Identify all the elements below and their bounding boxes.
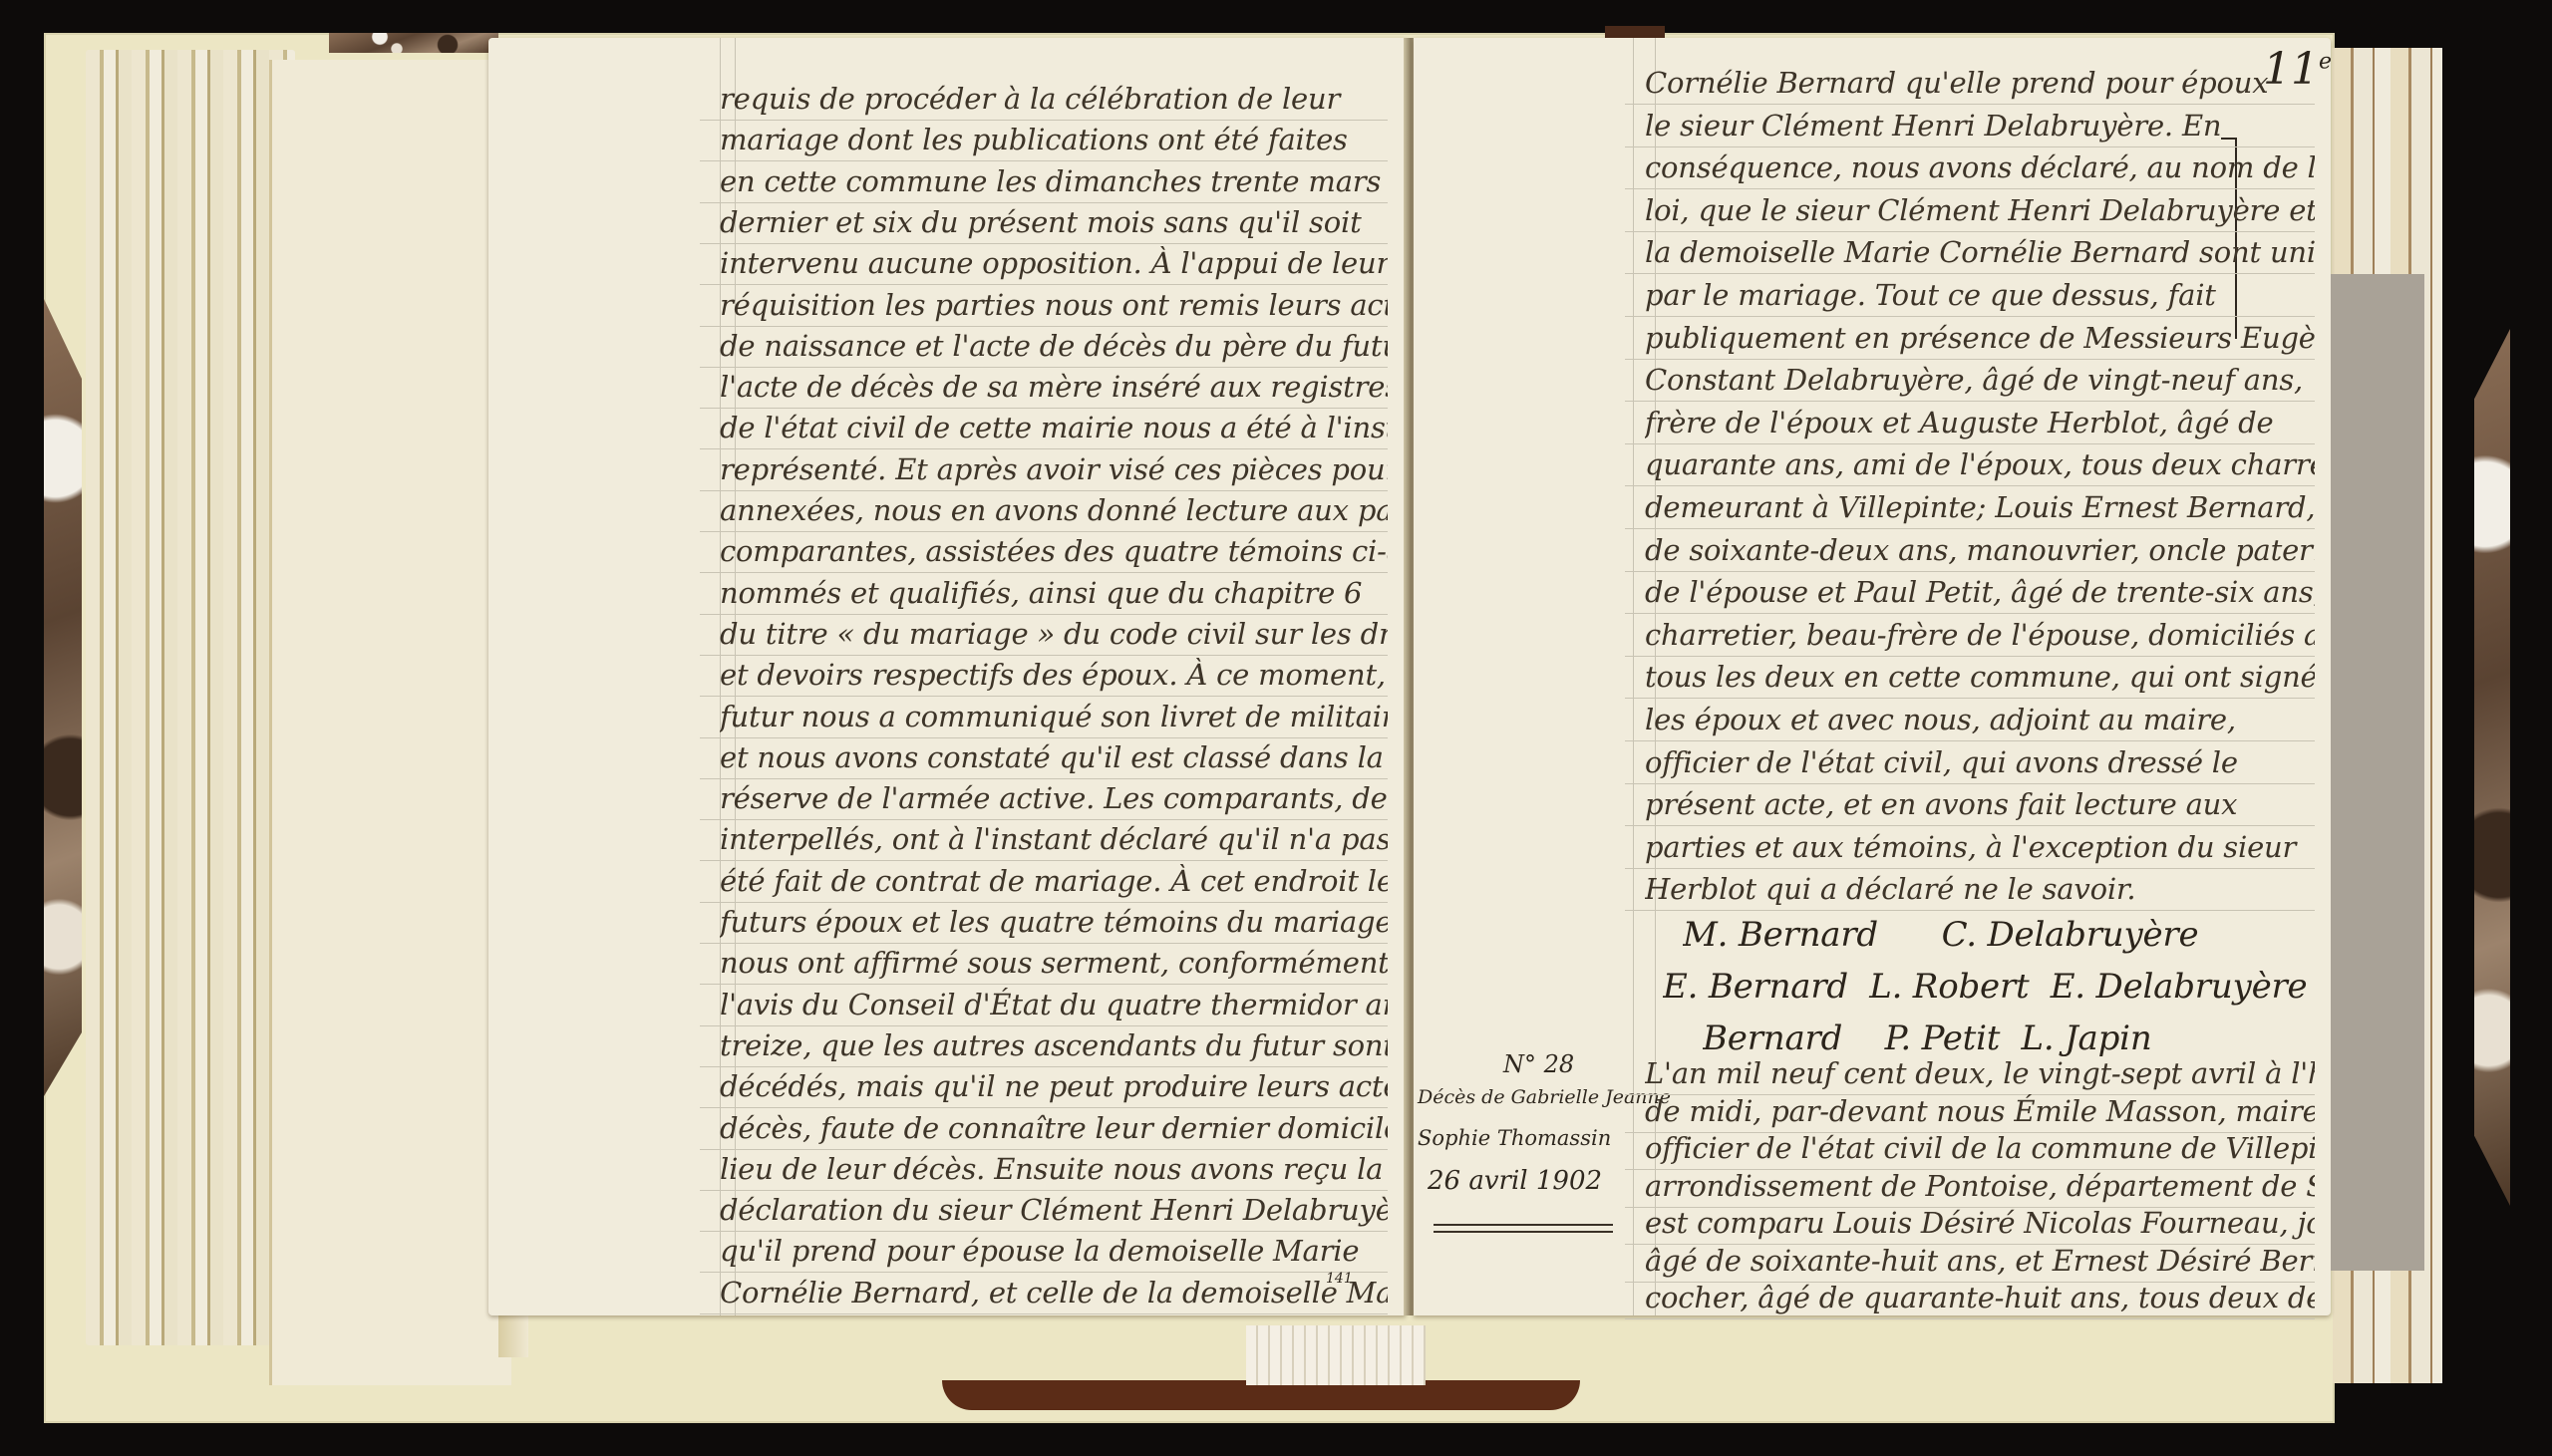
handwritten-line: le sieur Clément Henri Delabruyère. En (1645, 109, 2315, 143)
ruled-line (1625, 1318, 2315, 1319)
margin-title-line-1: Décès de Gabrielle Jeanne (1418, 1086, 1671, 1108)
ruled-line (1625, 571, 2315, 572)
register-page-right: 11e Cornélie Bernard qu'elle prend pour … (1414, 38, 2331, 1315)
ruled-line (1625, 783, 2315, 784)
handwritten-line: futur nous a communiqué son livret de mi… (720, 700, 1388, 733)
ruled-line (700, 284, 1388, 285)
handwritten-line: parties et aux témoins, à l'exception du… (1645, 830, 2315, 864)
handwritten-line: quarante ans, ami de l'époux, tous deux … (1645, 447, 2315, 481)
handwritten-line: été fait de contrat de mariage. À cet en… (720, 864, 1388, 898)
ruled-line (1625, 104, 2315, 105)
ruled-line (700, 120, 1388, 121)
ruled-line (1625, 528, 2315, 529)
ruled-line (700, 572, 1388, 573)
ruled-line (700, 1025, 1388, 1026)
handwritten-line: déclaration du sieur Clément Henri Delab… (720, 1193, 1388, 1227)
handwritten-line: âgé de soixante-huit ans, et Ernest Dési… (1645, 1244, 2315, 1278)
ruled-line (700, 326, 1388, 327)
ruled-line (700, 1313, 1388, 1314)
handwritten-line: officier de l'état civil de la commune d… (1645, 1131, 2315, 1165)
spine-gathering-edges (1246, 1325, 1426, 1385)
signature-row-3: Bernard P. Petit L. Japin (1703, 1019, 2152, 1058)
ruled-line (700, 243, 1388, 244)
margin-title-line-2: Sophie Thomassin (1418, 1126, 1611, 1150)
act-number: N° 28 (1503, 1050, 1574, 1078)
handwritten-line: mariage dont les publications ont été fa… (720, 123, 1388, 156)
handwritten-line: demeurant à Villepinte; Louis Ernest Ber… (1645, 490, 2315, 524)
ruled-line (700, 408, 1388, 409)
handwritten-line: cocher, âgé de quarante-huit ans, tous d… (1645, 1281, 2315, 1314)
ruled-line (700, 902, 1388, 903)
handwritten-line: de naissance et l'acte de décès du père … (720, 329, 1388, 363)
handwritten-line: conséquence, nous avons déclaré, au nom … (1645, 150, 2315, 184)
handwritten-line: annexées, nous en avons donné lecture au… (720, 493, 1388, 527)
handwritten-line: représenté. Et après avoir visé ces pièc… (720, 452, 1388, 486)
handwritten-line: de midi, par-devant nous Émile Masson, m… (1645, 1094, 2315, 1128)
ruled-line (700, 614, 1388, 615)
ruled-line (700, 737, 1388, 738)
ruled-line (700, 1107, 1388, 1108)
ruled-line (1625, 485, 2315, 486)
handwritten-line: du titre « du mariage » du code civil su… (720, 617, 1388, 651)
handwritten-line: publiquement en présence de Messieurs Eu… (1645, 321, 2315, 355)
ruled-line (1625, 613, 2315, 614)
ruled-line (1625, 740, 2315, 741)
ruled-line (700, 943, 1388, 944)
handwritten-line: interpellés, ont à l'instant déclaré qu'… (720, 822, 1388, 856)
ruled-line (1625, 359, 2315, 360)
handwritten-line: l'acte de décès de sa mère inséré aux re… (720, 370, 1388, 404)
page-edges-left-stack (86, 50, 295, 1345)
blank-leaf-left (269, 60, 511, 1385)
handwritten-line: de l'état civil de cette mairie nous a é… (720, 411, 1388, 444)
handwritten-line: réquisition les parties nous ont remis l… (720, 288, 1388, 322)
ruled-line (700, 984, 1388, 985)
ruled-line (700, 448, 1388, 449)
marbled-cover-edge-right (2474, 329, 2510, 1206)
handwritten-line: charretier, beau-frère de l'épouse, domi… (1645, 618, 2315, 652)
marbled-cover-edge-left (44, 299, 82, 1096)
handwritten-line: lieu de leur décès. Ensuite nous avons r… (720, 1152, 1388, 1186)
handwritten-line: présent acte, et en avons fait lecture a… (1645, 787, 2315, 821)
signature-row-2: E. Bernard L. Robert E. Delabruyère (1663, 967, 2307, 1007)
handwritten-line: intervenu aucune opposition. À l'appui d… (720, 246, 1388, 280)
handwritten-line: la demoiselle Marie Cornélie Bernard son… (1645, 235, 2315, 269)
ruled-line (1625, 316, 2315, 317)
ruled-line (700, 160, 1388, 161)
ruled-line (700, 860, 1388, 861)
ruled-line (700, 1231, 1388, 1232)
handwritten-line: nous ont affirmé sous serment, conformém… (720, 946, 1388, 980)
handwritten-line: l'avis du Conseil d'État du quatre therm… (720, 988, 1388, 1021)
register-page-left: requis de procéder à la célébration de l… (488, 38, 1406, 1315)
handwritten-line: officier de l'état civil, qui avons dres… (1645, 745, 2315, 779)
ruled-line (700, 1149, 1388, 1150)
handwritten-line: Constant Delabruyère, âgé de vingt-neuf … (1645, 363, 2315, 397)
handwritten-line: arrondissement de Pontoise, département … (1645, 1169, 2315, 1203)
interlinear-note: 141 (1326, 1271, 1353, 1287)
handwritten-line: les époux et avec nous, adjoint au maire… (1645, 703, 2315, 736)
handwritten-line: L'an mil neuf cent deux, le vingt-sept a… (1645, 1056, 2315, 1090)
handwritten-line: réserve de l'armée active. Les comparant… (720, 781, 1388, 815)
ruled-line (1625, 910, 2315, 911)
handwritten-line: de soixante-deux ans, manouvrier, oncle … (1645, 533, 2315, 567)
handwritten-line: loi, que le sieur Clément Henri Delabruy… (1645, 193, 2315, 227)
handwritten-line: frère de l'époux et Auguste Herblot, âgé… (1645, 406, 2315, 439)
ruled-line (1625, 868, 2315, 869)
margin-rule (1633, 38, 1634, 1315)
ruled-line (700, 490, 1388, 491)
handwritten-line: de l'épouse et Paul Petit, âgé de trente… (1645, 575, 2315, 609)
handwritten-line: Cornélie Bernard, et celle de la demoise… (720, 1276, 1388, 1310)
ruled-line (700, 696, 1388, 697)
handwritten-line: dernier et six du présent mois sans qu'i… (720, 205, 1388, 239)
ruled-line (700, 819, 1388, 820)
ruled-line (700, 1272, 1388, 1273)
handwritten-line: et nous avons constaté qu'il est classé … (720, 740, 1388, 774)
handwritten-line: Cornélie Bernard qu'elle prend pour épou… (1645, 66, 2315, 100)
ruled-line (1625, 231, 2315, 232)
grey-insert-card (2331, 274, 2424, 1271)
ruled-line (700, 778, 1388, 779)
handwritten-line: décès, faute de connaître leur dernier d… (720, 1111, 1388, 1145)
ruled-line (700, 202, 1388, 203)
ruled-line (1625, 273, 2315, 274)
handwritten-line: requis de procéder à la célébration de l… (720, 82, 1388, 116)
margin-date: 26 avril 1902 (1428, 1166, 1602, 1196)
margin-double-rule (1434, 1224, 1613, 1233)
marbled-cover-corner-top (329, 33, 498, 53)
handwritten-line: qu'il prend pour épouse la demoiselle Ma… (720, 1234, 1388, 1268)
handwritten-line: en cette commune les dimanches trente ma… (720, 164, 1388, 198)
handwritten-line: est comparu Louis Désiré Nicolas Fournea… (1645, 1206, 2315, 1240)
ruled-line (700, 1066, 1388, 1067)
handwritten-line: décédés, mais qu'il ne peut produire leu… (720, 1069, 1388, 1103)
ruled-line (700, 367, 1388, 368)
ruled-line (700, 1190, 1388, 1191)
ruled-line (700, 655, 1388, 656)
ruled-line (1625, 146, 2315, 147)
handwritten-line: futurs époux et les quatre témoins du ma… (720, 905, 1388, 939)
handwritten-line: Herblot qui a déclaré ne le savoir. (1645, 872, 2315, 906)
ruled-line (700, 531, 1388, 532)
ruled-line (1625, 401, 2315, 402)
ruled-line (1625, 443, 2315, 444)
handwritten-line: tous les deux en cette commune, qui ont … (1645, 660, 2315, 694)
handwritten-line: comparantes, assistées des quatre témoin… (720, 534, 1388, 568)
handwritten-line: nommés et qualifiés, ainsi que du chapit… (720, 576, 1388, 610)
signature-row-1: M. Bernard C. Delabruyère (1683, 915, 2198, 955)
ruled-line (1625, 656, 2315, 657)
handwritten-line: et devoirs respectifs des époux. À ce mo… (720, 658, 1388, 692)
handwritten-line: treize, que les autres ascendants du fut… (720, 1028, 1388, 1062)
ruled-line (1625, 698, 2315, 699)
ruled-line (1625, 188, 2315, 189)
ruled-line (1625, 825, 2315, 826)
handwritten-line: par le mariage. Tout ce que dessus, fait (1645, 278, 2315, 312)
